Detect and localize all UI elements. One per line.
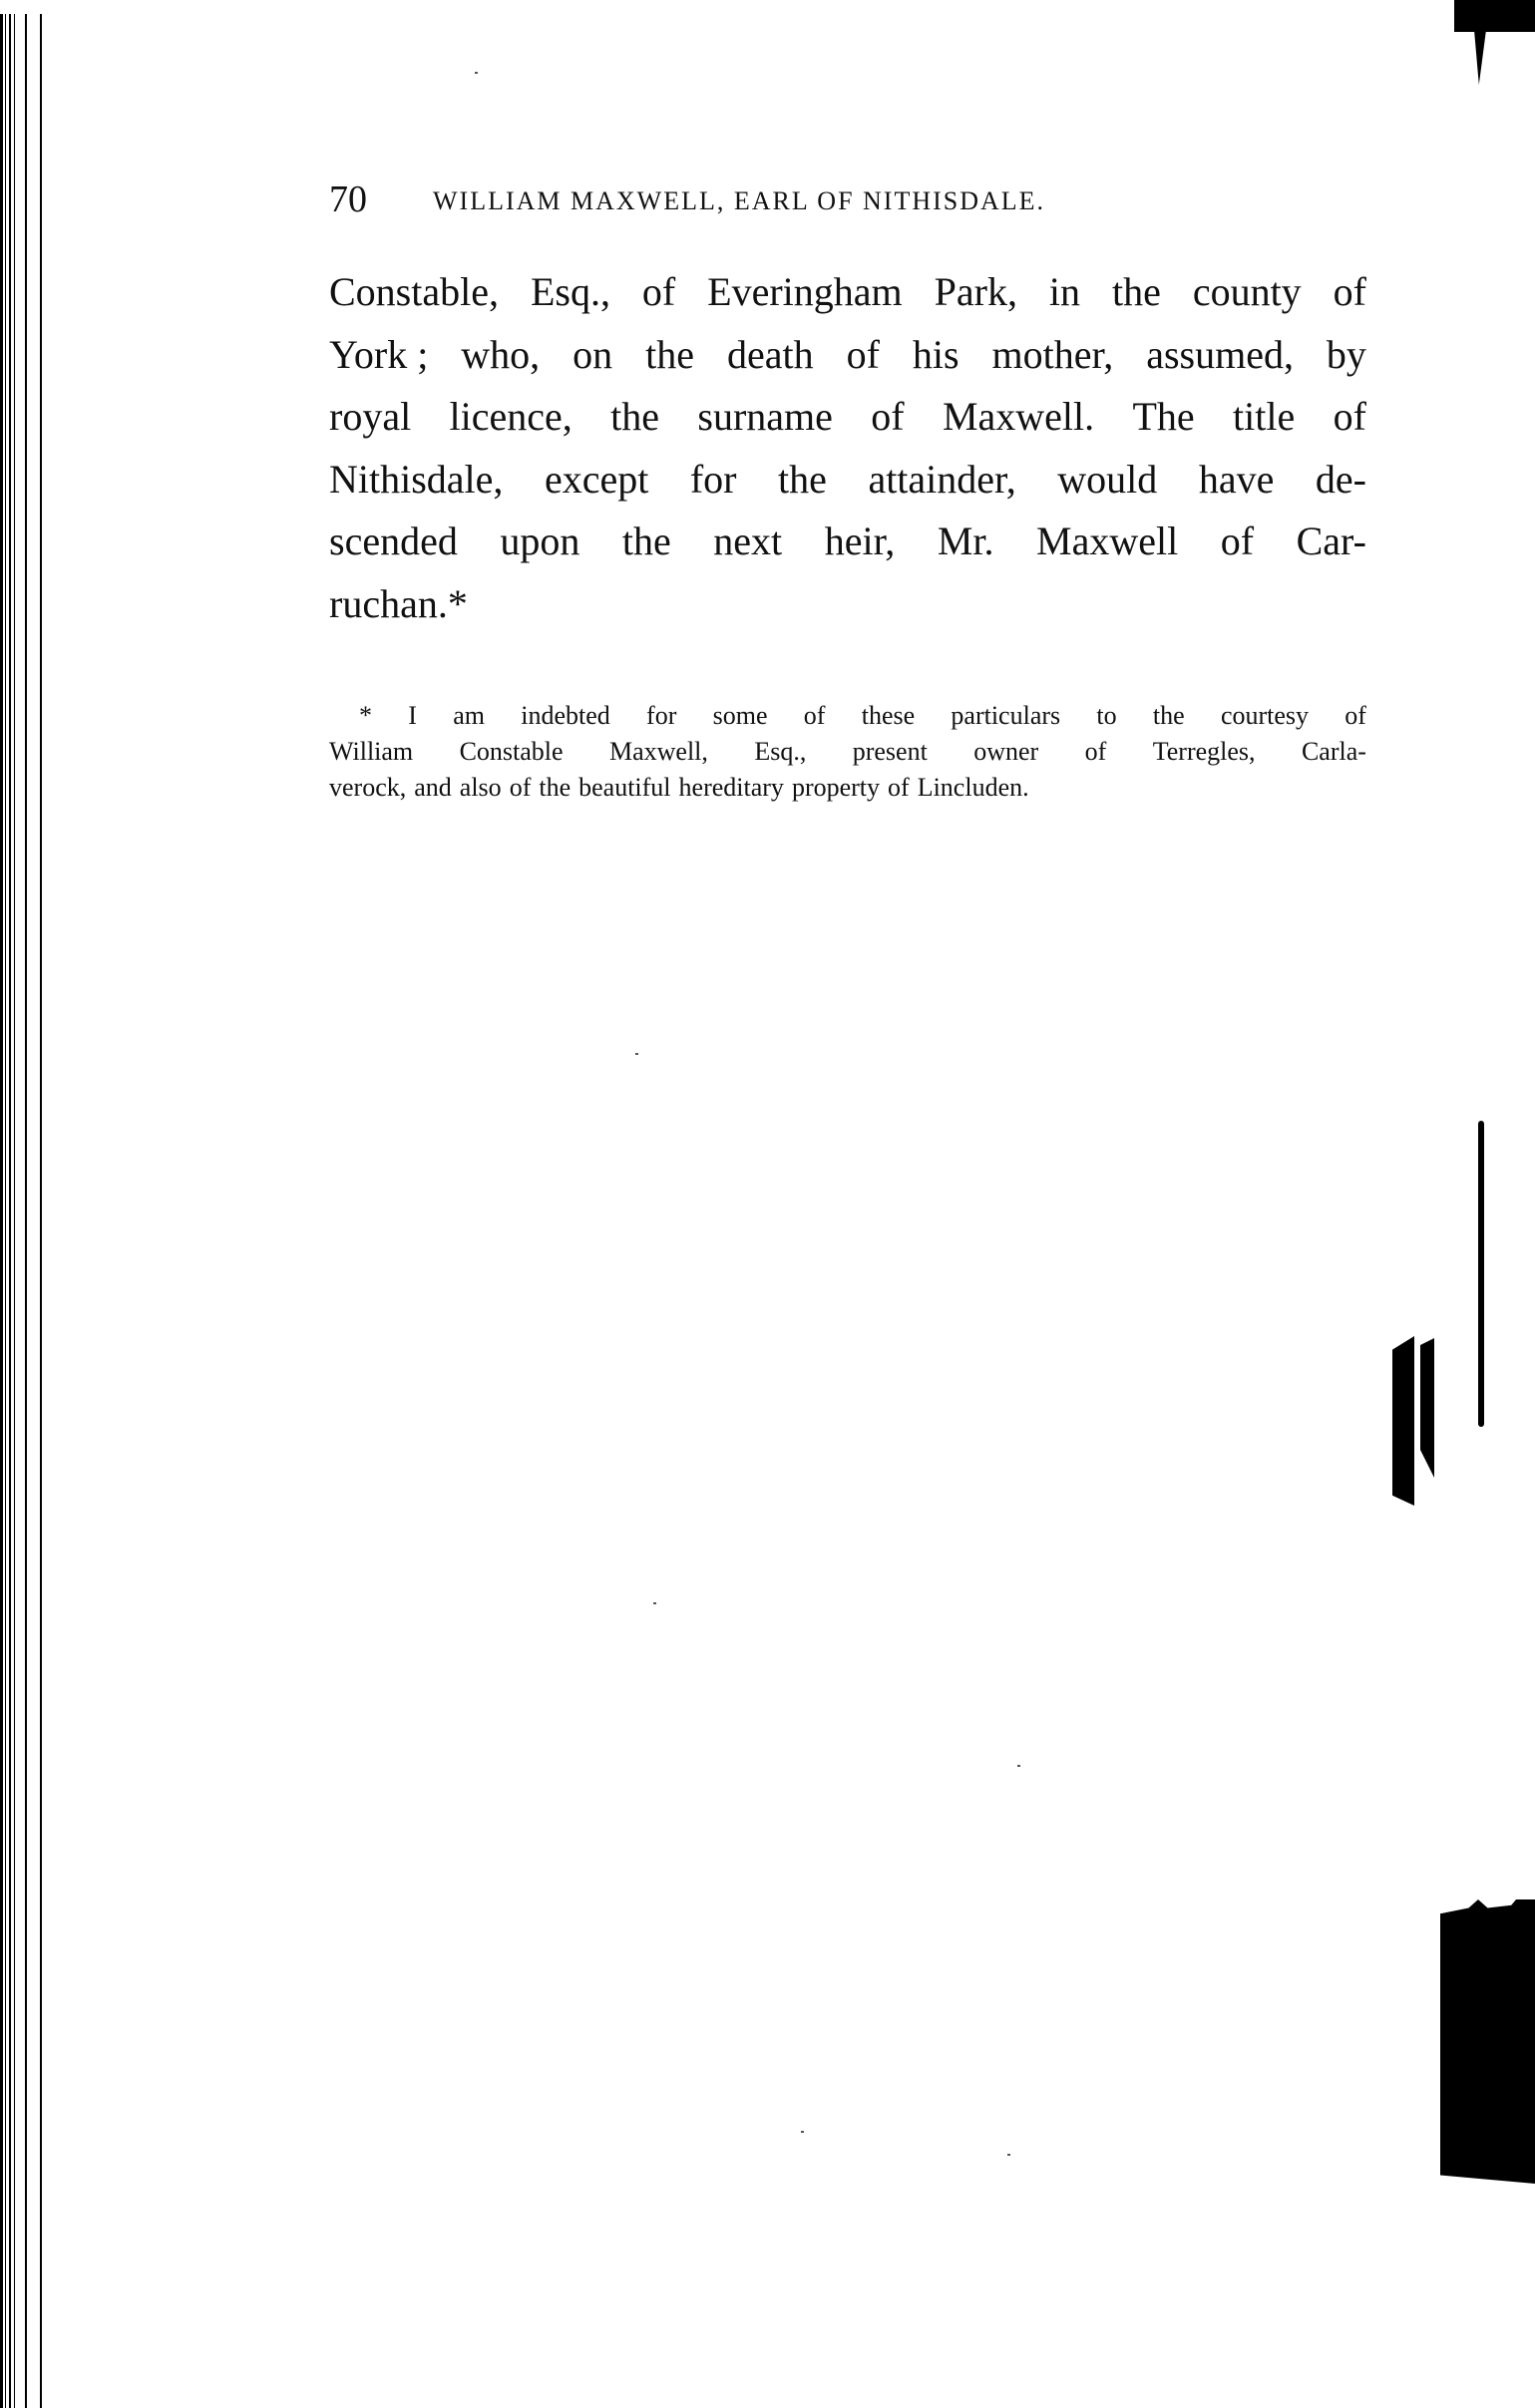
body-text-line: Constable,Esq.,ofEveringhamPark,inthecou… [329,261,1366,324]
word: Car- [1297,511,1366,573]
body-text-line: York ;who,onthedeathofhismother,assumed,… [329,324,1366,387]
word: York ; [329,324,428,387]
word: the [622,511,671,573]
word: county [1193,261,1302,324]
word: licence, [450,386,573,449]
word: the [539,770,571,806]
word: of [1221,511,1254,573]
word: of [888,770,910,806]
word: courtesy [1221,698,1309,734]
scan-artifact-block [1440,1899,1535,2184]
scan-artifact-vertical-line [1478,1121,1484,1427]
word: assumed, [1146,324,1294,387]
word: of [871,386,904,449]
word: Esq., [531,261,610,324]
running-head: 70 WILLIAM MAXWELL, EARL OF NITHISDALE. [329,177,1386,221]
word: of [1334,386,1366,449]
word: on [573,324,612,387]
word: in [1049,261,1080,324]
speck [653,1602,656,1604]
word: surname [697,386,833,449]
word: except [545,449,648,512]
word: for [646,698,676,734]
footnote: *Iamindebtedforsomeoftheseparticularstot… [329,698,1366,806]
word: Lincluden. [918,770,1029,806]
word: of [1085,734,1107,770]
word: next [713,511,782,573]
word: of [642,261,675,324]
speck [1007,2154,1010,2156]
word: Maxwell. [943,386,1094,449]
word: mother, [992,324,1114,387]
word: beautiful [578,770,670,806]
footnote-line: WilliamConstableMaxwell,Esq.,presentowne… [329,734,1366,770]
word: William [329,734,413,770]
word: the [1112,261,1161,324]
word: of [1344,698,1366,734]
word: heir, [825,511,896,573]
word: these [862,698,915,734]
scan-artifact-top-right [1454,0,1535,32]
word: and [414,770,452,806]
word: also [460,770,502,806]
word: Constable [460,734,564,770]
word: death [727,324,814,387]
word: * [359,698,372,734]
word: Constable, [329,261,499,324]
word: Maxwell [1036,511,1178,573]
word: of [847,324,880,387]
word: the [1153,698,1185,734]
word: Maxwell, [609,734,708,770]
scan-artifact-blotch [1420,1338,1434,1478]
word: for [690,449,737,512]
page-number: 70 [329,177,429,221]
word: the [778,449,827,512]
word: who, [461,324,540,387]
word: Mr. [938,511,994,573]
word: some [713,698,768,734]
word: by [1327,324,1366,387]
word: ruchan.* [329,573,468,636]
scan-artifact-blotch [1392,1336,1414,1506]
scan-artifact-top-right-tail [1474,30,1486,85]
word: Park, [935,261,1017,324]
running-title: WILLIAM MAXWELL, EARL OF NITHISDALE. [433,186,1045,215]
body-text-line: Nithisdale,exceptfortheattainder,wouldha… [329,449,1366,512]
body-text-line: scendeduponthenextheir,Mr.MaxwellofCar- [329,511,1366,573]
word: present [853,734,928,770]
speck [635,1053,638,1055]
body-paragraph: Constable,Esq.,ofEveringhamPark,inthecou… [329,261,1366,635]
word: particulars [951,698,1060,734]
word: am [453,698,485,734]
word: have [1199,449,1275,512]
word: upon [500,511,579,573]
word: his [913,324,959,387]
word: verock, [329,770,406,806]
word: hereditary [679,770,784,806]
word: title [1233,386,1295,449]
scanned-book-page: 70 WILLIAM MAXWELL, EARL OF NITHISDALE. … [0,0,1535,2408]
word: of [804,698,826,734]
speck [1017,1765,1020,1767]
word: Terregles, [1153,734,1256,770]
scanned-page-edge [0,14,46,2408]
word: owner [973,734,1038,770]
word: Nithisdale, [329,449,503,512]
word: indebted [521,698,610,734]
body-text-line: royallicence,thesurnameofMaxwell.Thetitl… [329,386,1366,449]
speck [801,2131,804,2133]
footnote-line: verock,andalsoofthebeautifulhereditarypr… [329,770,1366,806]
word: Esq., [754,734,806,770]
word: The [1133,386,1195,449]
word: de- [1316,449,1366,512]
speck [475,72,478,74]
word: scended [329,511,458,573]
word: would [1057,449,1157,512]
word: the [645,324,694,387]
word: of [1334,261,1366,324]
word: of [510,770,532,806]
footnote-line: *Iamindebtedforsomeoftheseparticularstot… [329,698,1366,734]
word: I [408,698,417,734]
word: property [792,770,880,806]
word: Everingham [707,261,903,324]
word: attainder, [868,449,1015,512]
word: to [1096,698,1116,734]
word: the [610,386,659,449]
word: Carla- [1302,734,1366,770]
word: royal [329,386,411,449]
body-text-line: ruchan.* [329,573,1366,636]
